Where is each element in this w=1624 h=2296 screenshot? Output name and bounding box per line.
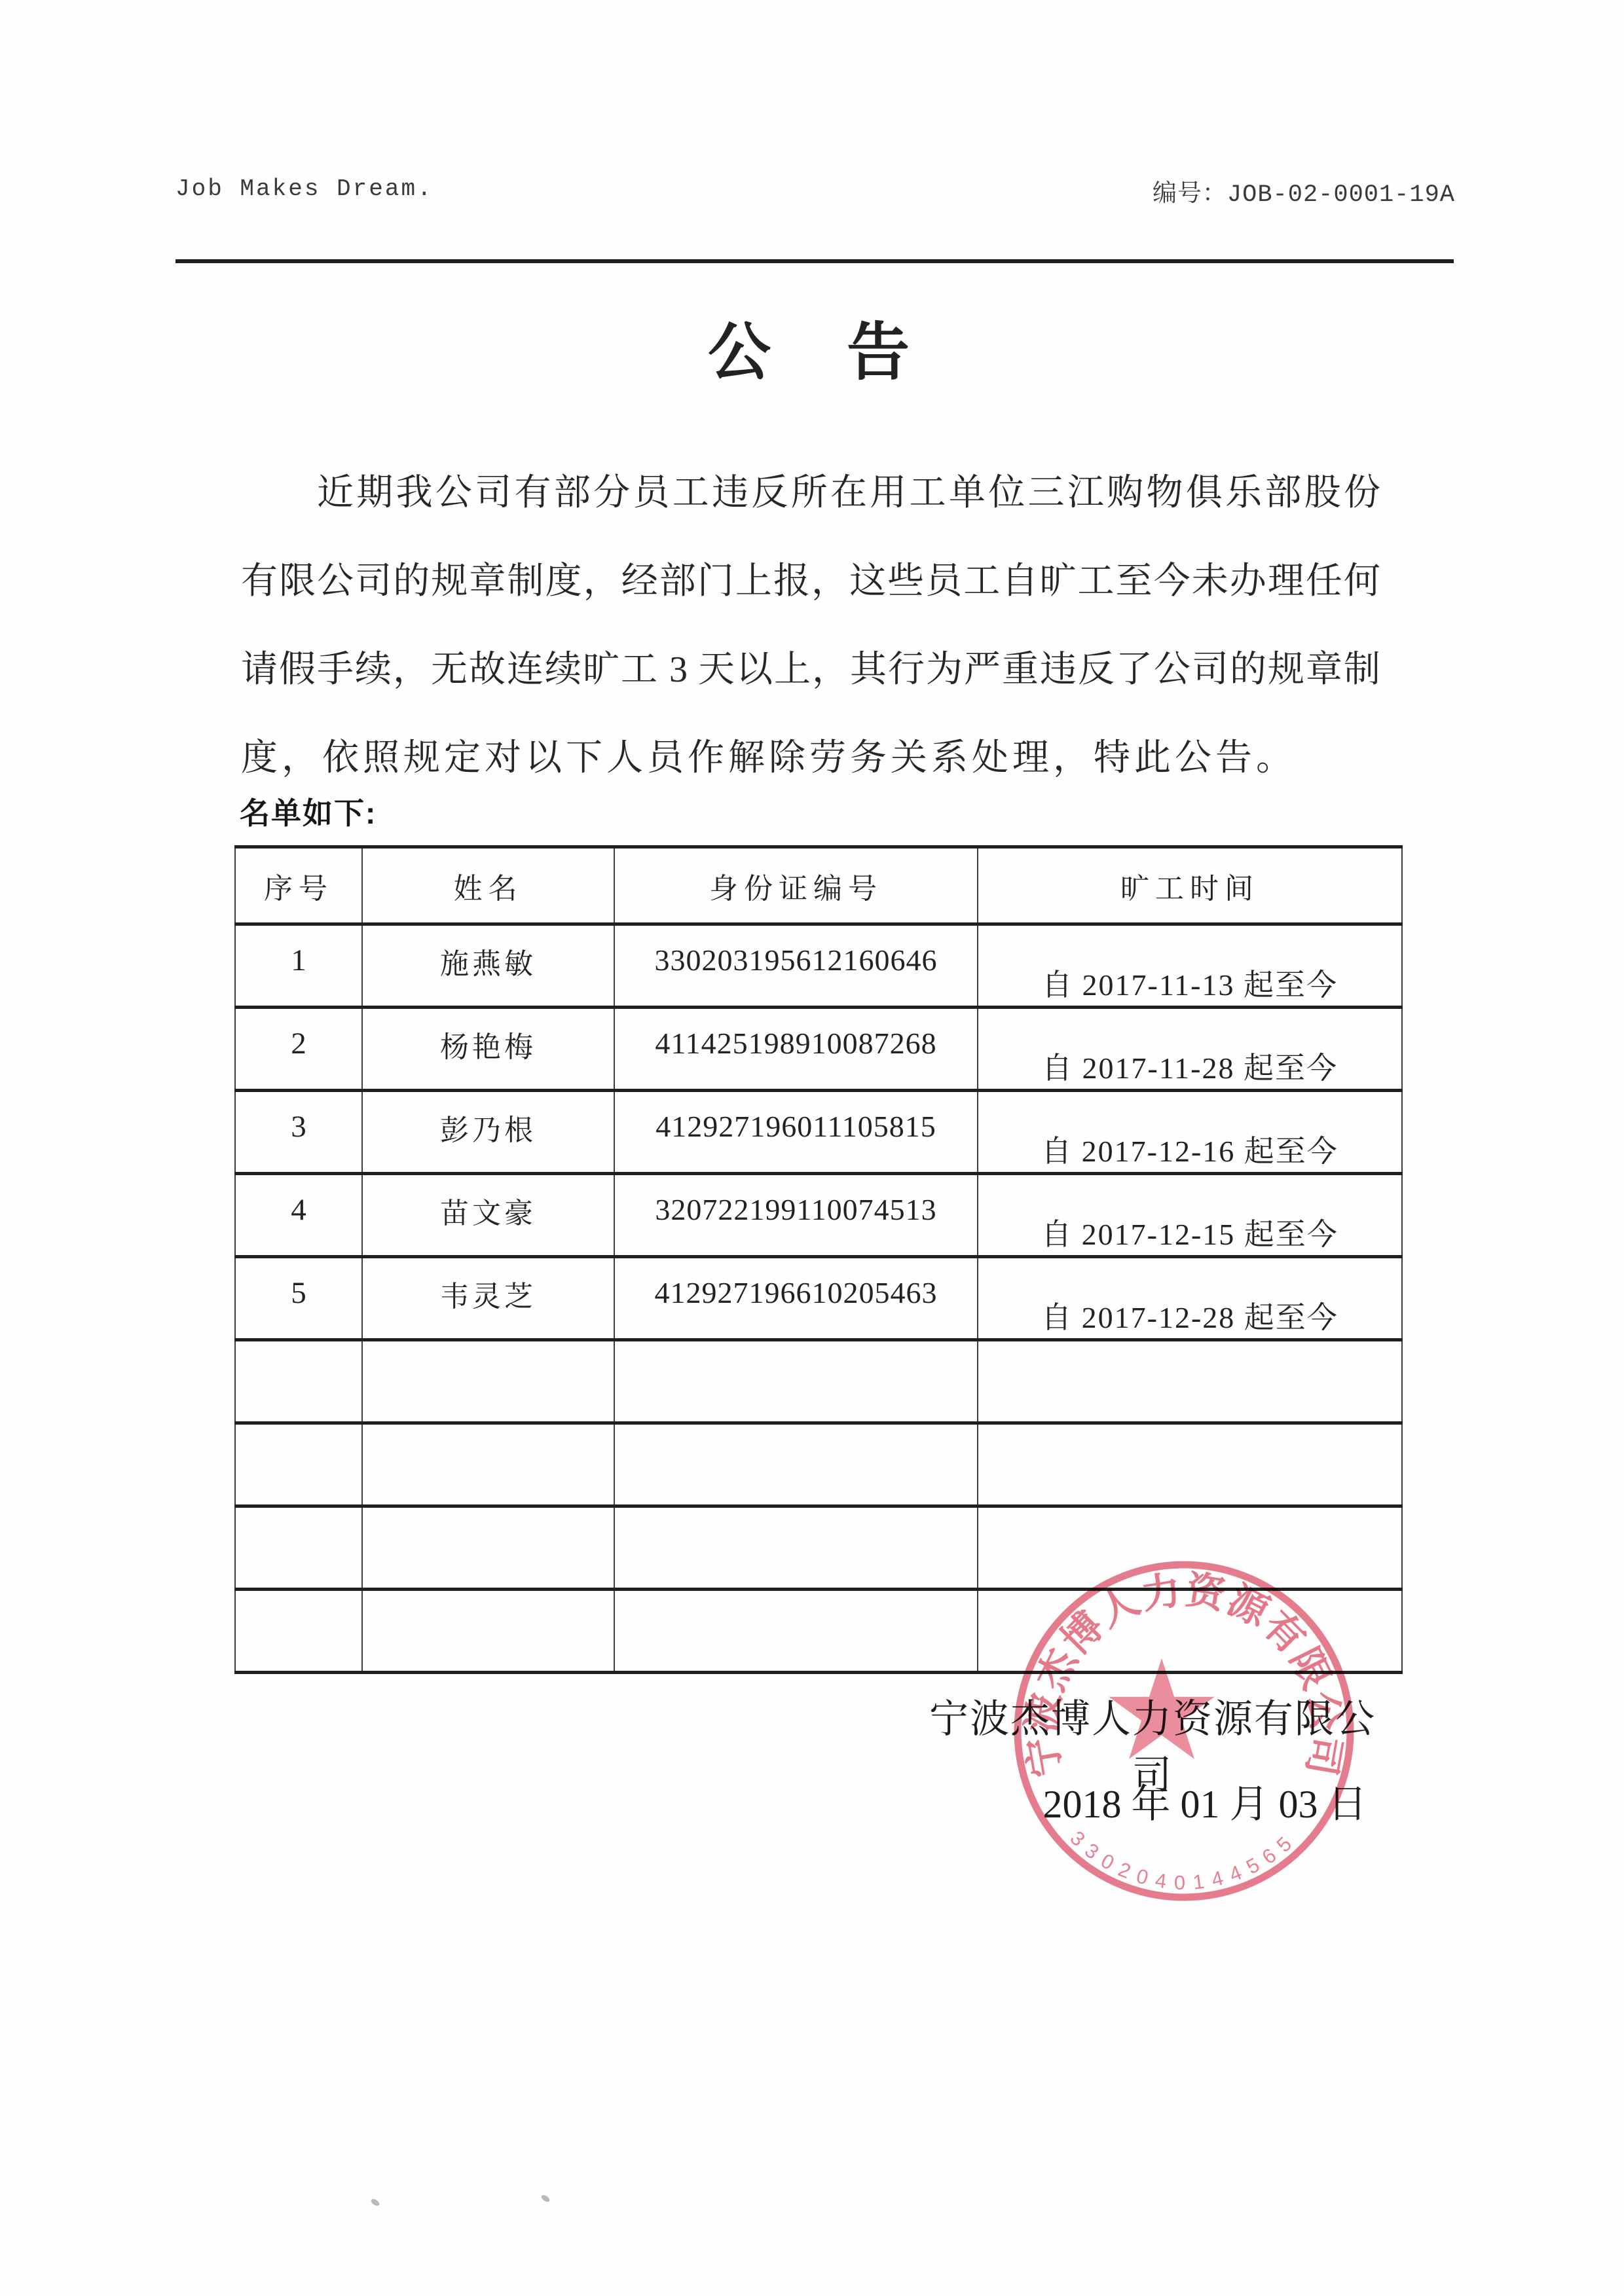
cell-empty — [978, 1340, 1402, 1423]
seal-serial: 3302040144565 — [1065, 1827, 1302, 1894]
paragraph-line: 度，依照规定对以下人员作解除劳务关系处理，特此公告。 — [241, 714, 1380, 803]
table-row: 2 杨艳梅 411425198910087268 自 2017-11-28 起至… — [235, 1008, 1402, 1091]
header-slogan: Job Makes Dream. — [175, 175, 434, 202]
body-paragraph: 近期我公司有部分员工违反所在用工单位三江购物俱乐部股份 有限公司的规章制度，经部… — [241, 449, 1380, 803]
paragraph-line: 有限公司的规章制度，经部门上报，这些员工自旷工至今未办理任何 — [241, 538, 1380, 626]
cell-period: 自 2017-11-28 起至今 — [978, 1008, 1402, 1091]
cell-empty — [978, 1423, 1402, 1506]
table-row: 5 韦灵芝 412927196610205463 自 2017-12-28 起至… — [235, 1257, 1402, 1340]
cell-empty — [362, 1423, 614, 1506]
list-label: 名单如下: — [240, 790, 377, 833]
cell-name: 韦灵芝 — [362, 1257, 614, 1340]
table-row: 3 彭乃根 412927196011105815 自 2017-12-16 起至… — [235, 1091, 1402, 1174]
scan-speck — [540, 2194, 551, 2204]
cell-seq: 3 — [235, 1091, 362, 1174]
seal-star-icon — [1109, 1658, 1215, 1759]
cell-id: 412927196610205463 — [614, 1257, 978, 1340]
document-title: 公 告 — [0, 302, 1624, 392]
column-header-id: 身份证编号 — [614, 847, 978, 924]
header-rule — [175, 259, 1454, 263]
table-row: 4 苗文豪 320722199110074513 自 2017-12-15 起至… — [235, 1174, 1402, 1257]
cell-name: 施燕敏 — [362, 924, 614, 1008]
cell-id: 411425198910087268 — [614, 1008, 978, 1091]
cell-seq: 1 — [235, 924, 362, 1008]
cell-empty — [362, 1590, 614, 1673]
column-header-seq: 序号 — [235, 847, 362, 924]
cell-empty — [362, 1340, 614, 1423]
cell-id: 330203195612160646 — [614, 924, 978, 1008]
cell-empty — [235, 1590, 362, 1673]
cell-empty — [362, 1506, 614, 1590]
cell-empty — [614, 1590, 978, 1673]
cell-period: 自 2017-12-15 起至今 — [978, 1174, 1402, 1257]
table-row: 1 施燕敏 330203195612160646 自 2017-11-13 起至… — [235, 924, 1402, 1008]
cell-id: 320722199110074513 — [614, 1174, 978, 1257]
cell-empty — [614, 1423, 978, 1506]
svg-text:3302040144565: 3302040144565 — [1065, 1827, 1302, 1894]
column-header-name: 姓名 — [362, 847, 614, 924]
cell-name: 彭乃根 — [362, 1091, 614, 1174]
paragraph-line: 请假手续，无故连续旷工 3 天以上，其行为严重违反了公司的规章制 — [241, 626, 1380, 714]
cell-seq: 2 — [235, 1008, 362, 1091]
company-seal: 宁波杰博人力资源有限公司 3302040144565 — [1001, 1549, 1367, 1916]
table-header-row: 序号 姓名 身份证编号 旷工时间 — [235, 847, 1402, 924]
column-header-period: 旷工时间 — [978, 847, 1402, 924]
cell-seq: 5 — [235, 1257, 362, 1340]
table-row-empty — [235, 1340, 1402, 1423]
cell-empty — [235, 1506, 362, 1590]
cell-empty — [614, 1506, 978, 1590]
cell-name: 杨艳梅 — [362, 1008, 614, 1091]
table-row-empty — [235, 1423, 1402, 1506]
cell-period: 自 2017-12-28 起至今 — [978, 1257, 1402, 1340]
cell-seq: 4 — [235, 1174, 362, 1257]
cell-empty — [235, 1340, 362, 1423]
cell-period: 自 2017-12-16 起至今 — [978, 1091, 1402, 1174]
cell-empty — [614, 1340, 978, 1423]
header-doc-number: 编号：JOB-02-0001-19A — [1153, 173, 1455, 209]
document-page: Job Makes Dream. 编号：JOB-02-0001-19A 公 告 … — [0, 0, 1624, 2296]
cell-period: 自 2017-11-13 起至今 — [978, 924, 1402, 1008]
paragraph-line: 近期我公司有部分员工违反所在用工单位三江购物俱乐部股份 — [241, 449, 1380, 538]
scan-speck — [370, 2198, 380, 2208]
cell-empty — [235, 1423, 362, 1506]
cell-id: 412927196011105815 — [614, 1091, 978, 1174]
cell-name: 苗文豪 — [362, 1174, 614, 1257]
